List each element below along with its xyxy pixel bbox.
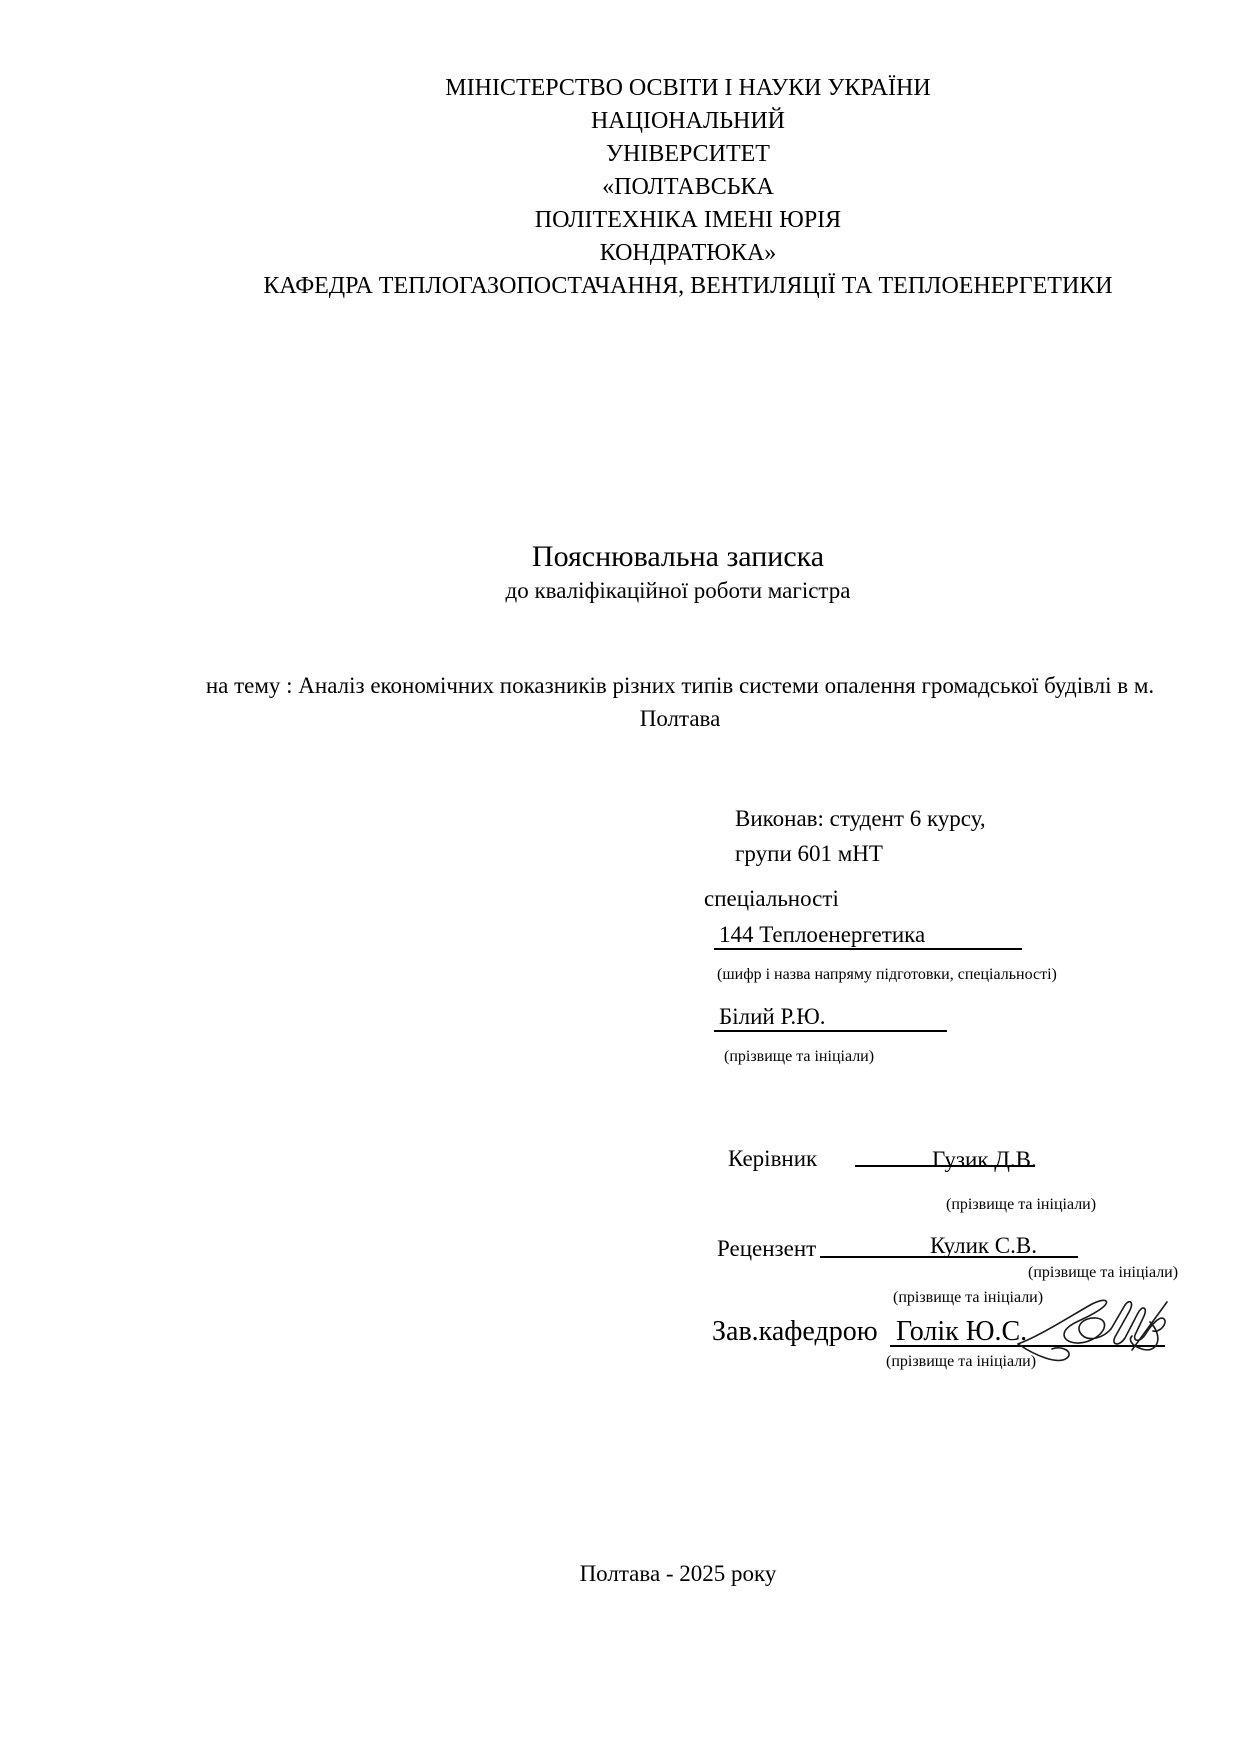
theme-line-2: Полтава [110, 702, 1240, 735]
head-name: Голік Ю.С. [896, 1316, 1027, 1348]
supervisor-name-hint: (прізвище та ініціали) [946, 1196, 1096, 1214]
document-page: МІНІСТЕРСТВО ОСВІТИ І НАУКИ УКРАЇНИ НАЦІ… [0, 0, 1240, 1754]
specialty-label: спеціальності [704, 886, 839, 912]
executor-name-hint: (прізвище та ініціали) [724, 1048, 874, 1066]
executor-line-2: групи 601 мНТ [735, 841, 883, 867]
supervisor-name: Гузик Д.В. [932, 1147, 1037, 1173]
theme-block: на тему : Аналіз економічних показників … [110, 669, 1240, 735]
university-name-line-4: ПОЛІТЕХНІКА ІМЕНІ ЮРІЯ [136, 204, 1240, 237]
document-subtitle: до кваліфікаційної роботи магістра [168, 578, 1188, 604]
specialty-hint: (шифр і назва напряму підготовки, спеціа… [717, 966, 1057, 984]
university-name-line-2: УНІВЕРСИТЕТ [136, 138, 1240, 171]
document-title: Пояснювальна записка [168, 540, 1188, 574]
signature [1012, 1292, 1184, 1376]
executor-name: Білий Р.Ю. [719, 1004, 826, 1029]
reviewer-name-hint: (прізвище та ініціали) [1028, 1264, 1178, 1282]
executor-name-field: Білий Р.Ю. [714, 1004, 947, 1032]
head-label: Зав.кафедрою [712, 1316, 878, 1348]
university-name-line-1: НАЦІОНАЛЬНИЙ [136, 105, 1240, 138]
header-block: МІНІСТЕРСТВО ОСВІТИ І НАУКИ УКРАЇНИ НАЦІ… [136, 72, 1240, 303]
supervisor-label: Керівник [728, 1146, 817, 1172]
department-line: КАФЕДРА ТЕПЛОГАЗОПОСТАЧАННЯ, ВЕНТИЛЯЦІЇ … [136, 270, 1240, 303]
theme-line-1: на тему : Аналіз економічних показників … [110, 669, 1240, 702]
reviewer-name: Кулик С.В. [930, 1233, 1037, 1259]
reviewer-label: Рецензент [717, 1236, 816, 1262]
executor-line-1: Виконав: студент 6 курсу, [735, 806, 986, 832]
university-name-line-5: КОНДРАТЮКА» [136, 237, 1240, 270]
specialty-field: 144 Теплоенергетика [714, 922, 1022, 950]
university-name-line-3: «ПОЛТАВСЬКА [136, 171, 1240, 204]
ministry-line: МІНІСТЕРСТВО ОСВІТИ І НАУКИ УКРАЇНИ [136, 72, 1240, 105]
specialty-value: 144 Теплоенергетика [719, 922, 925, 947]
footer-city-year: Полтава - 2025 року [168, 1561, 1188, 1587]
